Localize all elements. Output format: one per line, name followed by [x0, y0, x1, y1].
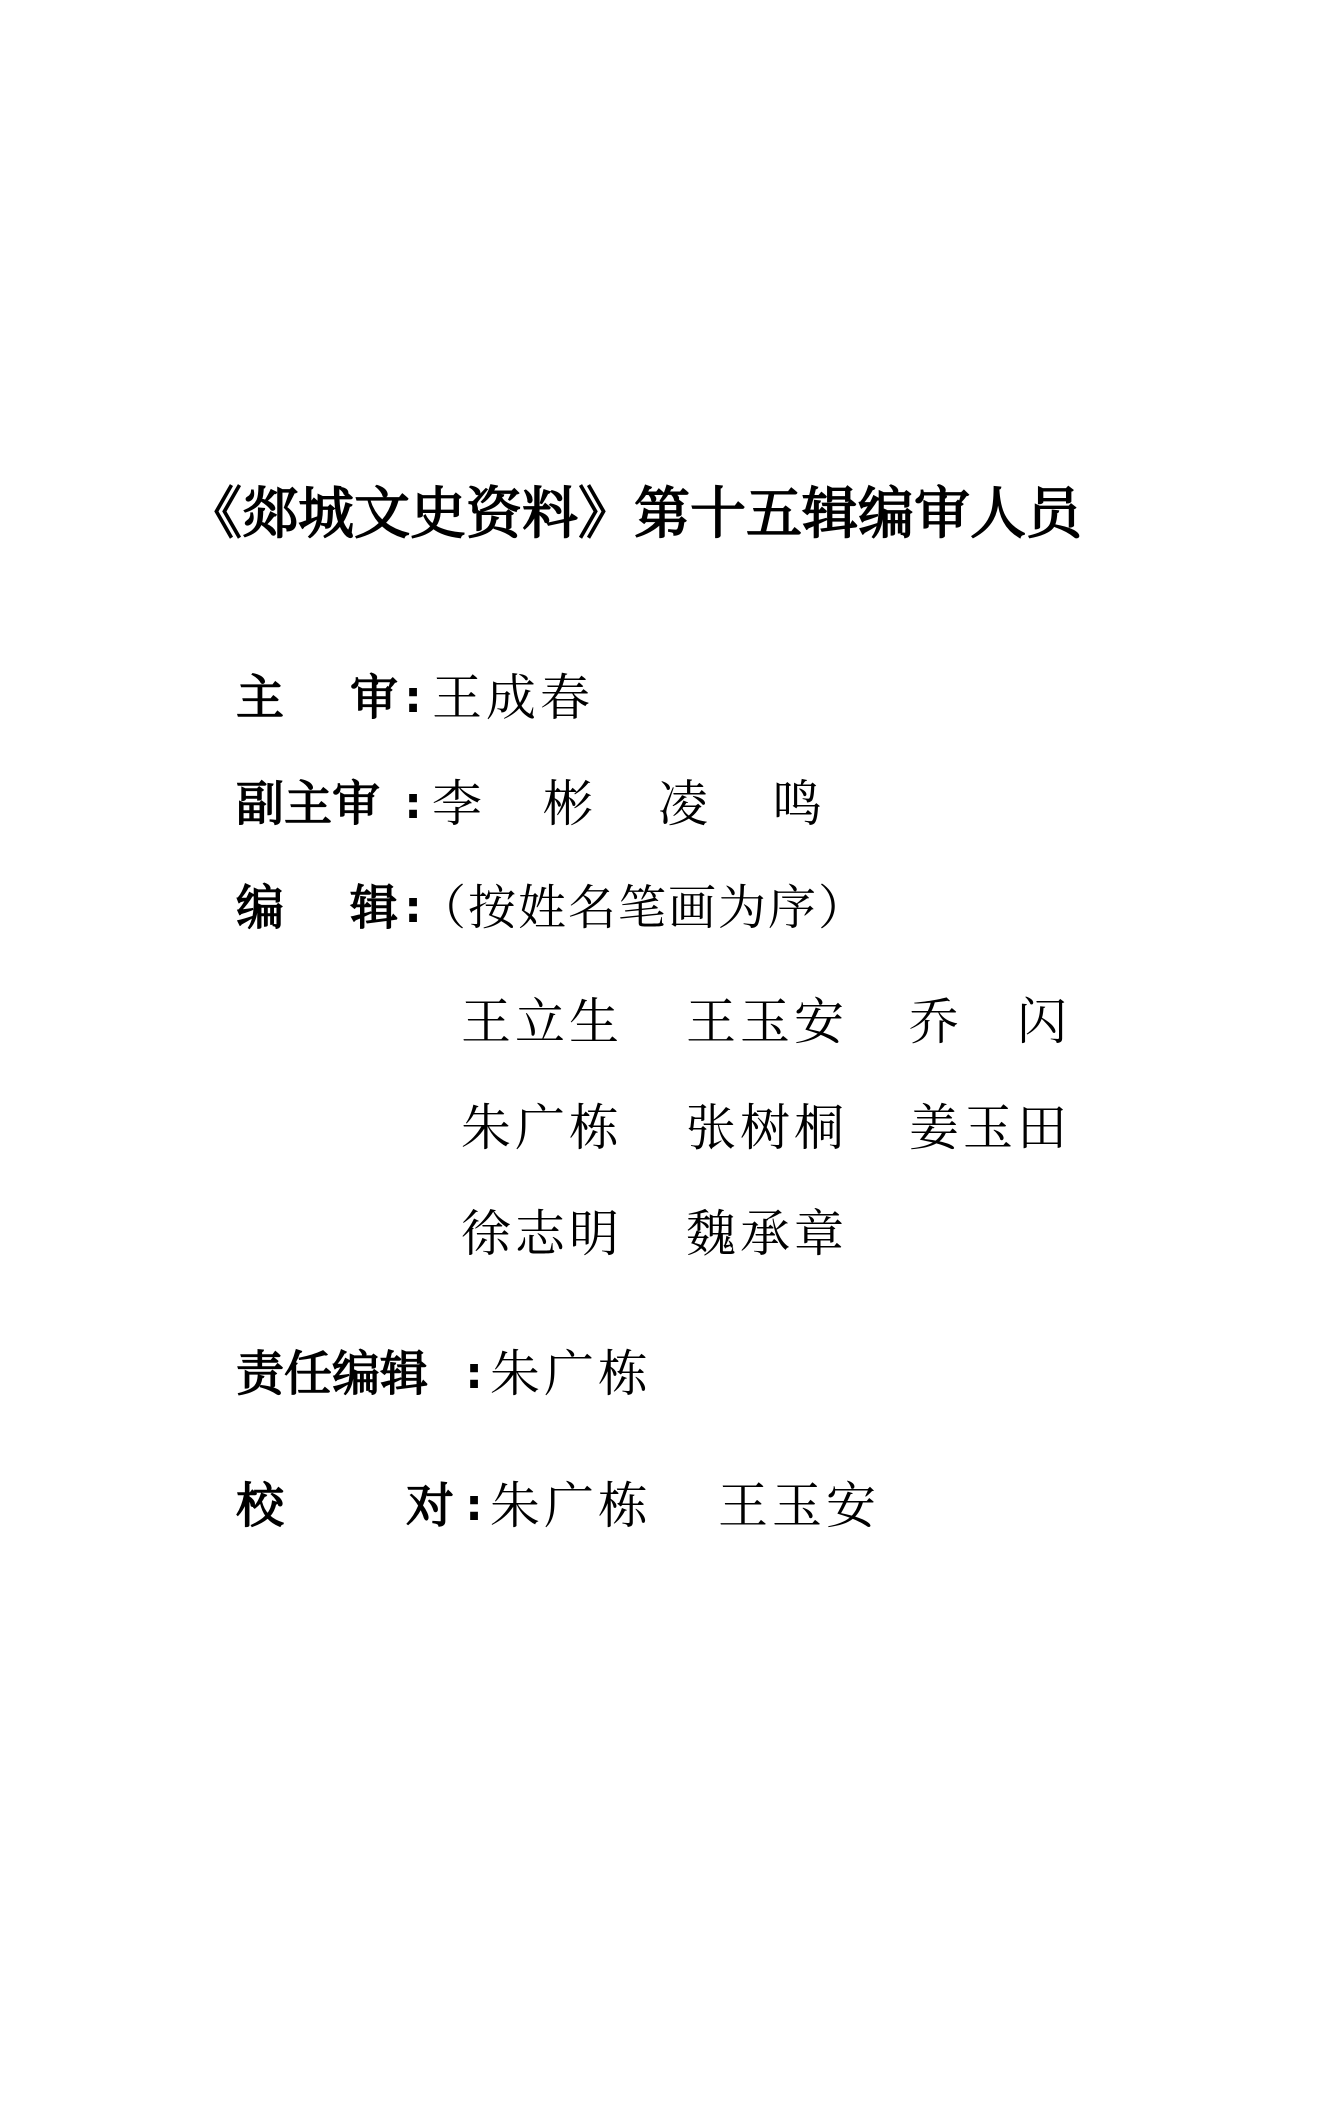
person-name: 李: [432, 772, 486, 836]
label-char: 责: [236, 1342, 284, 1406]
person-name: 魏承章: [686, 1202, 848, 1266]
colon: :: [402, 666, 424, 730]
document-page: 《郯城文史资料》第十五辑编审人员 主 审 : 王成春 副主审 : 李 彬 凌 鸣…: [0, 0, 1320, 2107]
editors-label-2: 辑: [350, 876, 398, 940]
label-char: 对: [406, 1474, 454, 1538]
label-char: 副: [236, 772, 284, 836]
person-name: 王立生: [461, 990, 623, 1054]
person-name: 姜玉田: [909, 1096, 1071, 1160]
colon: :: [463, 1342, 485, 1406]
person-name: 朱广栋: [490, 1474, 652, 1538]
label-char: 主: [236, 666, 284, 730]
person-name: 徐志明: [461, 1202, 623, 1266]
person-name: 乔 闪: [909, 990, 1071, 1054]
responsible-editor-label: 责任编辑: [236, 1342, 428, 1406]
person-name: 彬: [543, 772, 597, 836]
proofreading-label: 校: [236, 1474, 284, 1538]
page-title: 《郯城文史资料》第十五辑编审人员: [186, 478, 1156, 550]
chief-reviewer-label-2: 审: [350, 666, 398, 730]
person-name: 王玉安: [718, 1474, 880, 1538]
deputy-chief-reviewer-label: 副主审: [236, 772, 380, 836]
label-char: 辑: [350, 876, 398, 940]
person-name: 鸣: [772, 772, 826, 836]
person-name: 朱广栋: [490, 1342, 652, 1406]
label-char: 主: [284, 772, 332, 836]
person-name: 凌: [658, 772, 712, 836]
ordering-note: （按姓名笔画为序）: [418, 876, 868, 940]
label-char: 任: [284, 1342, 332, 1406]
chief-reviewer-label: 主: [236, 666, 284, 730]
label-char: 编: [332, 1342, 380, 1406]
colon: :: [402, 772, 424, 836]
label-char: 编: [236, 876, 284, 940]
label-char: 审: [350, 666, 398, 730]
colon: :: [463, 1474, 485, 1538]
label-char: 校: [236, 1474, 284, 1538]
proofreading-label-2: 对: [406, 1474, 454, 1538]
person-name: 王成春: [432, 666, 594, 730]
editors-label: 编: [236, 876, 284, 940]
person-name: 王玉安: [686, 990, 848, 1054]
person-name: 张树桐: [686, 1096, 848, 1160]
label-char: 审: [332, 772, 380, 836]
person-name: 朱广栋: [461, 1096, 623, 1160]
label-char: 辑: [380, 1342, 428, 1406]
